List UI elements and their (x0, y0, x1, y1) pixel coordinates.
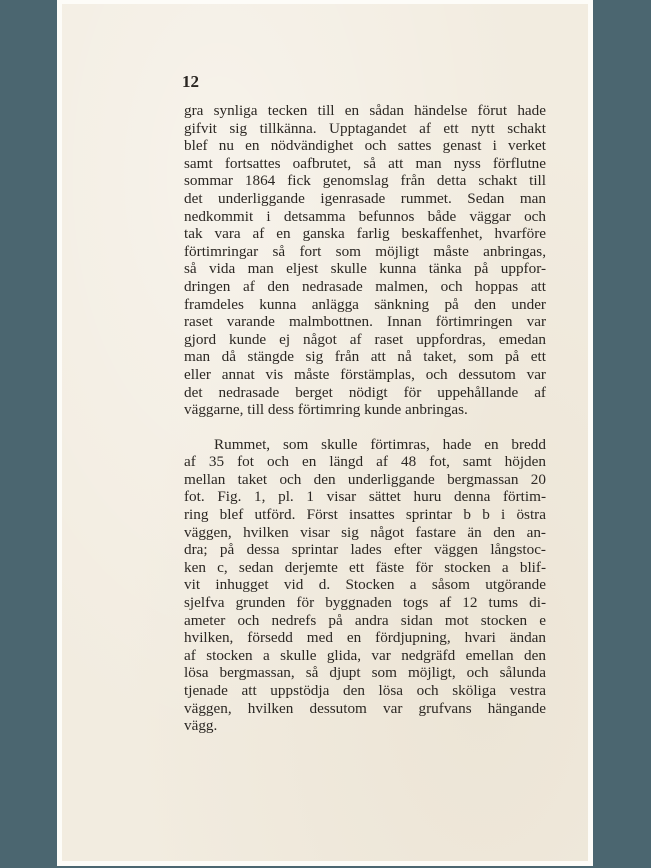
text-line: ameter och nedrefs på andra sidan mot st… (184, 612, 546, 630)
text-line: samt fortsattes oafbrutet, så att man ny… (184, 155, 546, 173)
text-line: väggen, hvilken visar sig något fastare … (184, 524, 546, 542)
text-line: gjord kunde ej något af raset uppfordras… (184, 331, 546, 349)
text-line: man då stängde sig från att nå taket, so… (184, 348, 546, 366)
text-line: dringen af den nedrasade malmen, och hop… (184, 278, 546, 296)
text-line: väggarne, till dess förtimring kunde anb… (184, 401, 546, 419)
text-line: hvilken, försedd med en fördjupning, hva… (184, 629, 546, 647)
text-line: Rummet, som skulle förtimras, hade en br… (184, 436, 546, 454)
text-line: gra synliga tecken till en sådan händels… (184, 102, 546, 120)
body-text: gra synliga tecken till en sådan händels… (184, 102, 546, 735)
text-line: lösa bergmassan, så djupt som möjligt, o… (184, 664, 546, 682)
text-line: tak vara af en ganska farlig beskaffenhe… (184, 225, 546, 243)
text-line: förtimringar så fort som möjligt måste a… (184, 243, 546, 261)
text-line: af 35 fot och en längd af 48 fot, samt h… (184, 453, 546, 471)
page-frame: 12 gra synliga tecken till en sådan händ… (57, 0, 593, 866)
text-line: fot. Fig. 1, pl. 1 visar sättet huru den… (184, 488, 546, 506)
text-line: eller annat vis måste förstämplas, och d… (184, 366, 546, 384)
text-line: framdeles kunna anlägga sänkning på den … (184, 296, 546, 314)
text-line: dra; på dessa sprintar lades efter vägge… (184, 541, 546, 559)
text-line: af stocken a skulle glida, var nedgräfd … (184, 647, 546, 665)
text-line: nedkommit i detsamma befunnos både vägga… (184, 208, 546, 226)
text-line: sommar 1864 fick genomslag från detta sc… (184, 172, 546, 190)
text-line: ken c, sedan derjemte ett fäste för stoc… (184, 559, 546, 577)
text-line: väggen, hvilken dessutom var grufvans hä… (184, 700, 546, 718)
text-line: så vida man eljest skulle kunna tänka på… (184, 260, 546, 278)
text-line: vägg. (184, 717, 546, 735)
text-line: det underliggande igenrasade rummet. Sed… (184, 190, 546, 208)
paragraph-gap (184, 419, 546, 436)
text-line: det nedrasade berget nödigt för uppehåll… (184, 384, 546, 402)
paragraph-2: Rummet, som skulle förtimras, hade en br… (184, 436, 546, 735)
text-line: vit inhugget vid d. Stocken a såsom utgö… (184, 576, 546, 594)
text-line: sjelfva grunden för byggnaden togs af 12… (184, 594, 546, 612)
scanned-page: 12 gra synliga tecken till en sådan händ… (62, 4, 588, 861)
text-line: mellan taket och den underliggande bergm… (184, 471, 546, 489)
page-number: 12 (182, 72, 199, 92)
text-line: tjenade att uppstödja den lösa och sköli… (184, 682, 546, 700)
text-line: gifvit sig tillkänna. Upptagandet af ett… (184, 120, 546, 138)
text-line: ring blef utförd. Först insattes sprinta… (184, 506, 546, 524)
text-line: raset varande malmbottnen. Innan förtimr… (184, 313, 546, 331)
text-line: blef nu en nödvändighet och sattes genas… (184, 137, 546, 155)
paragraph-1: gra synliga tecken till en sådan händels… (184, 102, 546, 419)
